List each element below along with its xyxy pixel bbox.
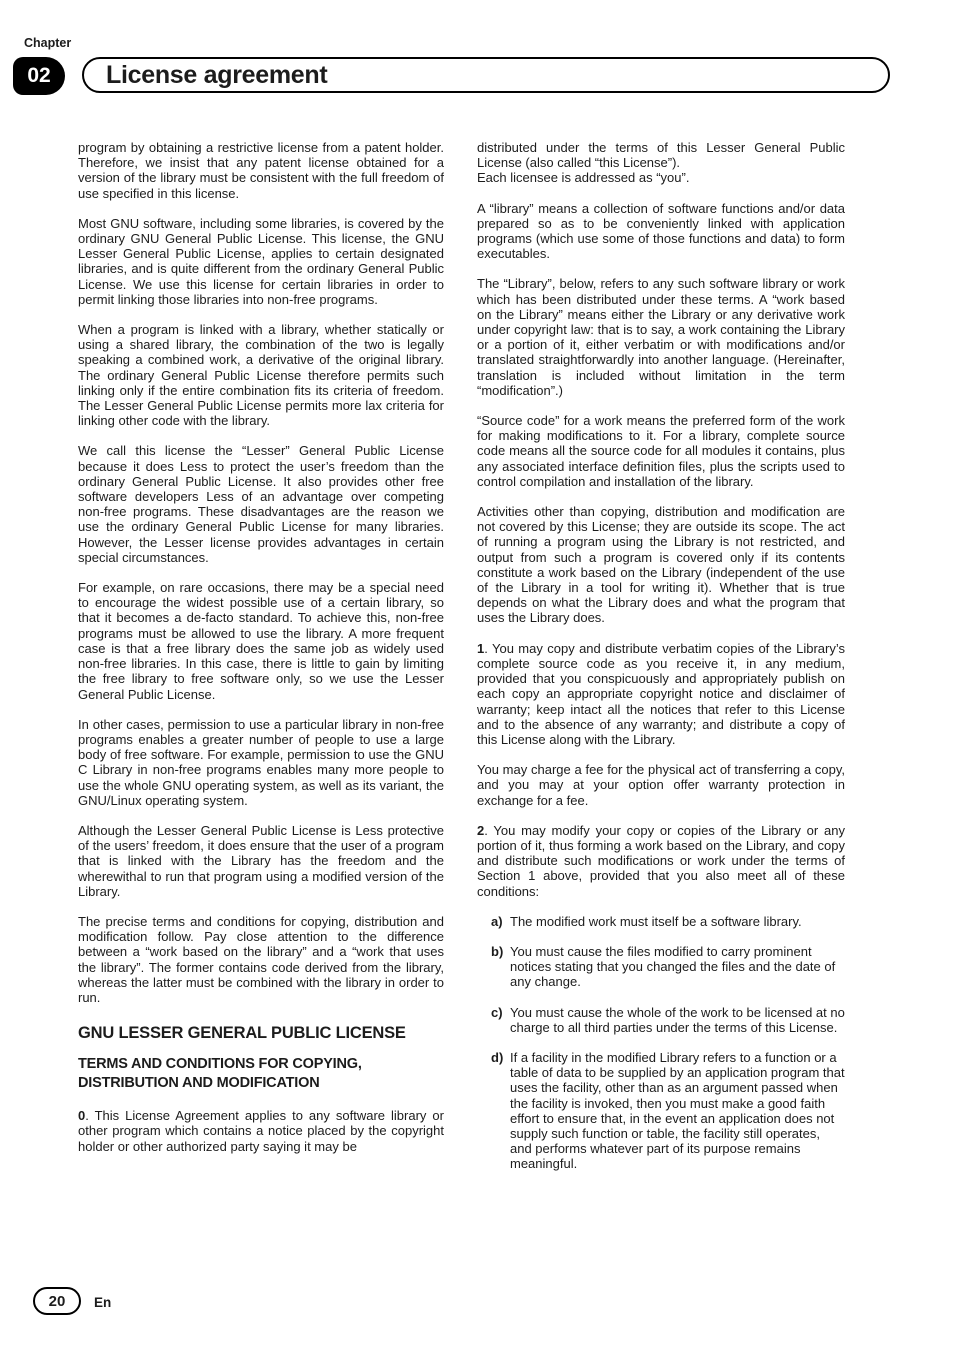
paragraph-number: 2 — [477, 823, 484, 838]
paragraph: For example, on rare occasions, there ma… — [78, 580, 444, 702]
chapter-number: 02 — [27, 64, 50, 88]
section-heading: GNU LESSER GENERAL PUBLIC LICENSE — [78, 1023, 444, 1043]
paragraph: Activities other than copying, distribut… — [477, 504, 845, 626]
section-heading: TERMS AND CONDITIONS FOR COPYING, DISTRI… — [78, 1055, 444, 1092]
paragraph: program by obtaining a restrictive licen… — [78, 140, 444, 201]
paragraph-number: 1 — [477, 641, 484, 656]
list-marker: c) — [491, 1005, 503, 1020]
language-label: En — [94, 1295, 111, 1310]
paragraph: 0. This License Agreement applies to any… — [78, 1108, 444, 1154]
right-column: distributed under the terms of this Less… — [477, 140, 845, 1187]
page-number-badge: 20 — [33, 1287, 81, 1315]
list-item: b)You must cause the files modified to c… — [477, 944, 845, 990]
list-item: a)The modified work must itself be a sof… — [477, 914, 845, 929]
list-item-text: You must cause the files modified to car… — [510, 944, 835, 989]
paragraph-number: 0 — [78, 1108, 85, 1123]
paragraph: The “Library”, below, refers to any such… — [477, 276, 845, 398]
list-item-text: You must cause the whole of the work to … — [510, 1005, 845, 1035]
paragraph: In other cases, permission to use a part… — [78, 717, 444, 808]
list-marker: b) — [491, 944, 503, 959]
paragraph: A “library” means a collection of softwa… — [477, 201, 845, 262]
page-title-box: License agreement — [82, 57, 890, 93]
list-item: d)If a facility in the modified Library … — [477, 1050, 845, 1172]
list-item-text: The modified work must itself be a softw… — [510, 914, 802, 929]
paragraph: 1. You may copy and distribute verbatim … — [477, 641, 845, 747]
page-number: 20 — [49, 1293, 66, 1310]
paragraph: You may charge a fee for the physical ac… — [477, 762, 845, 808]
left-column: program by obtaining a restrictive licen… — [78, 140, 444, 1169]
list-marker: d) — [491, 1050, 503, 1065]
paragraph: 2. You may modify your copy or copies of… — [477, 823, 845, 899]
list-item: c)You must cause the whole of the work t… — [477, 1005, 845, 1035]
paragraph: The precise terms and conditions for cop… — [78, 914, 444, 1005]
chapter-label: Chapter — [24, 36, 71, 50]
paragraph: Although the Lesser General Public Licen… — [78, 823, 444, 899]
paragraph: “Source code” for a work means the prefe… — [477, 413, 845, 489]
document-page: Chapter 02 License agreement program by … — [0, 0, 954, 1352]
list-item-text: If a facility in the modified Library re… — [510, 1050, 845, 1171]
paragraph: When a program is linked with a library,… — [78, 322, 444, 428]
paragraph: Most GNU software, including some librar… — [78, 216, 444, 307]
paragraph: We call this license the “Lesser” Genera… — [78, 443, 444, 565]
page-title: License agreement — [106, 61, 327, 90]
paragraph: distributed under the terms of this Less… — [477, 140, 845, 186]
list-marker: a) — [491, 914, 503, 929]
chapter-number-badge: 02 — [13, 57, 65, 95]
